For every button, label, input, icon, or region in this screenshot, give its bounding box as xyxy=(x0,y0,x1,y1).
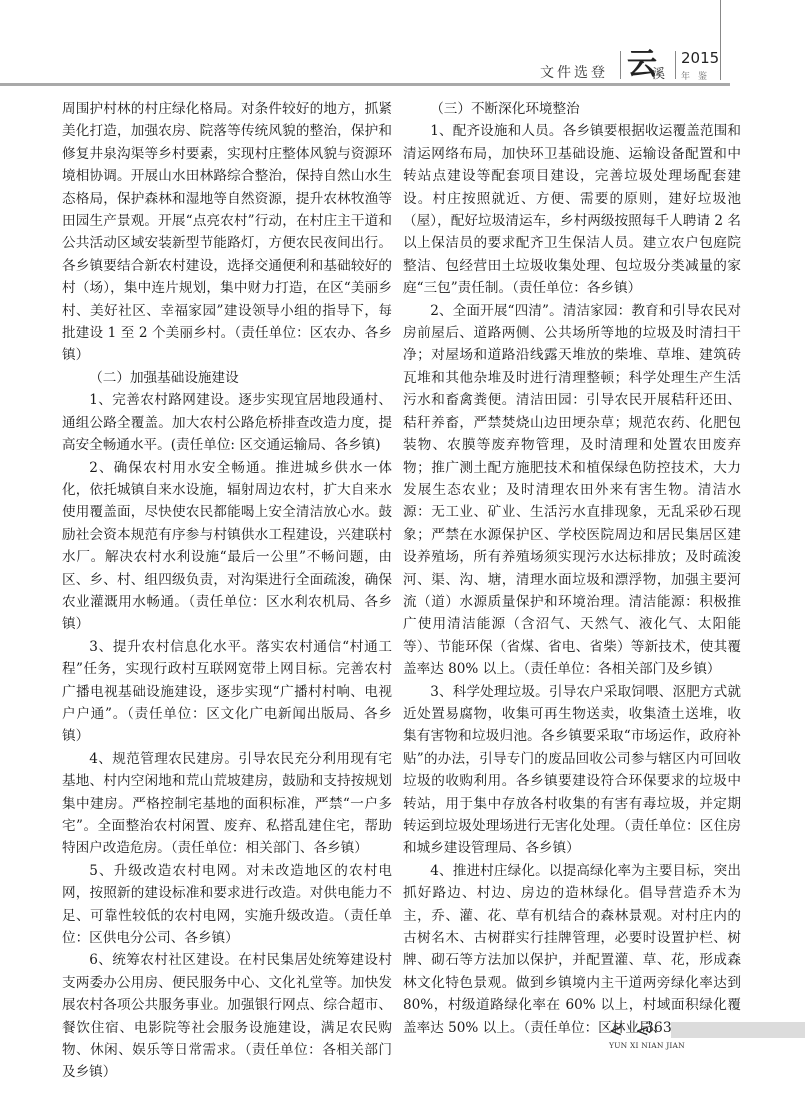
left-column: 周围护村林的村庄绿化格局。对条件较好的地方，抓紧美化打造，加强农房、院落等传统风… xyxy=(62,98,392,1084)
yearbook-year: 2015 xyxy=(681,50,719,66)
footer-subtitle: YUN XI NIAN JIAN xyxy=(609,1041,685,1050)
page-header: 文件选登 云 溪 2015 年鉴 xyxy=(0,0,805,90)
paragraph: 2、确保农村用水安全畅通。推进城乡供水一体化，依托城镇自来水设施，辐射周边农村，… xyxy=(62,457,392,636)
logo-xi: 溪 xyxy=(652,63,665,82)
paragraph: 周围护村林的村庄绿化格局。对条件较好的地方，抓紧美化打造，加强农房、院落等传统风… xyxy=(62,98,392,367)
header-divider xyxy=(620,51,621,79)
paragraph: 4、推进村庄绿化。以提高绿化率为主要目标，突出抓好路边、村边、房边的造林绿化。倡… xyxy=(403,860,741,1039)
page-number: 363 xyxy=(645,1020,672,1036)
section-heading: （三）不断深化环境整治 xyxy=(403,98,741,120)
paragraph: 3、科学处理垃圾。引导农户采取饲喂、沤肥方式就近处置易腐物，收集可再生物送卖，收… xyxy=(403,681,741,860)
paragraph: 1、配齐设施和人员。各乡镇要根据收运覆盖范围和清运网络布局，加快环卫基础设施、运… xyxy=(403,120,741,299)
paragraph: 5、升级改造农村电网。对未改造地区的农村电网，按照新的建设标准和要求进行改造。对… xyxy=(62,860,392,950)
paragraph: 3、提升农村信息化水平。落实农村通信“村通工程”任务，实现行政村互联网宽带上网目… xyxy=(62,636,392,748)
paragraph: 6、统筹农村社区建设。在村民集居处统筹建设村支两委办公用房、便民服务中心、文化礼… xyxy=(62,949,392,1083)
section-title: 文件选登 xyxy=(540,62,608,82)
section-heading: （二）加强基础设施建设 xyxy=(62,367,392,389)
paragraph: 2、全面开展“四清”。清洁家园：教育和引导农民对房前屋后、道路两侧、公共场所等地… xyxy=(403,300,741,681)
footer-bar xyxy=(671,1022,805,1038)
paragraph: 1、完善农村路网建设。逐步实现宜居地段通村、通组公路全覆盖。加大农村公路危桥排查… xyxy=(62,389,392,456)
right-column: （三）不断深化环境整治 1、配齐设施和人员。各乡镇要根据收运覆盖范围和清运网络布… xyxy=(403,98,741,1039)
yearbook-label: 年鉴 xyxy=(681,69,715,82)
header-vertical-rule xyxy=(720,0,721,80)
paragraph: 4、规范管理农民建房。引导农民充分利用现有宅基地、村内空闲地和荒山荒坡建房，鼓励… xyxy=(62,748,392,860)
header-divider xyxy=(675,51,676,79)
header-rule xyxy=(0,83,730,86)
